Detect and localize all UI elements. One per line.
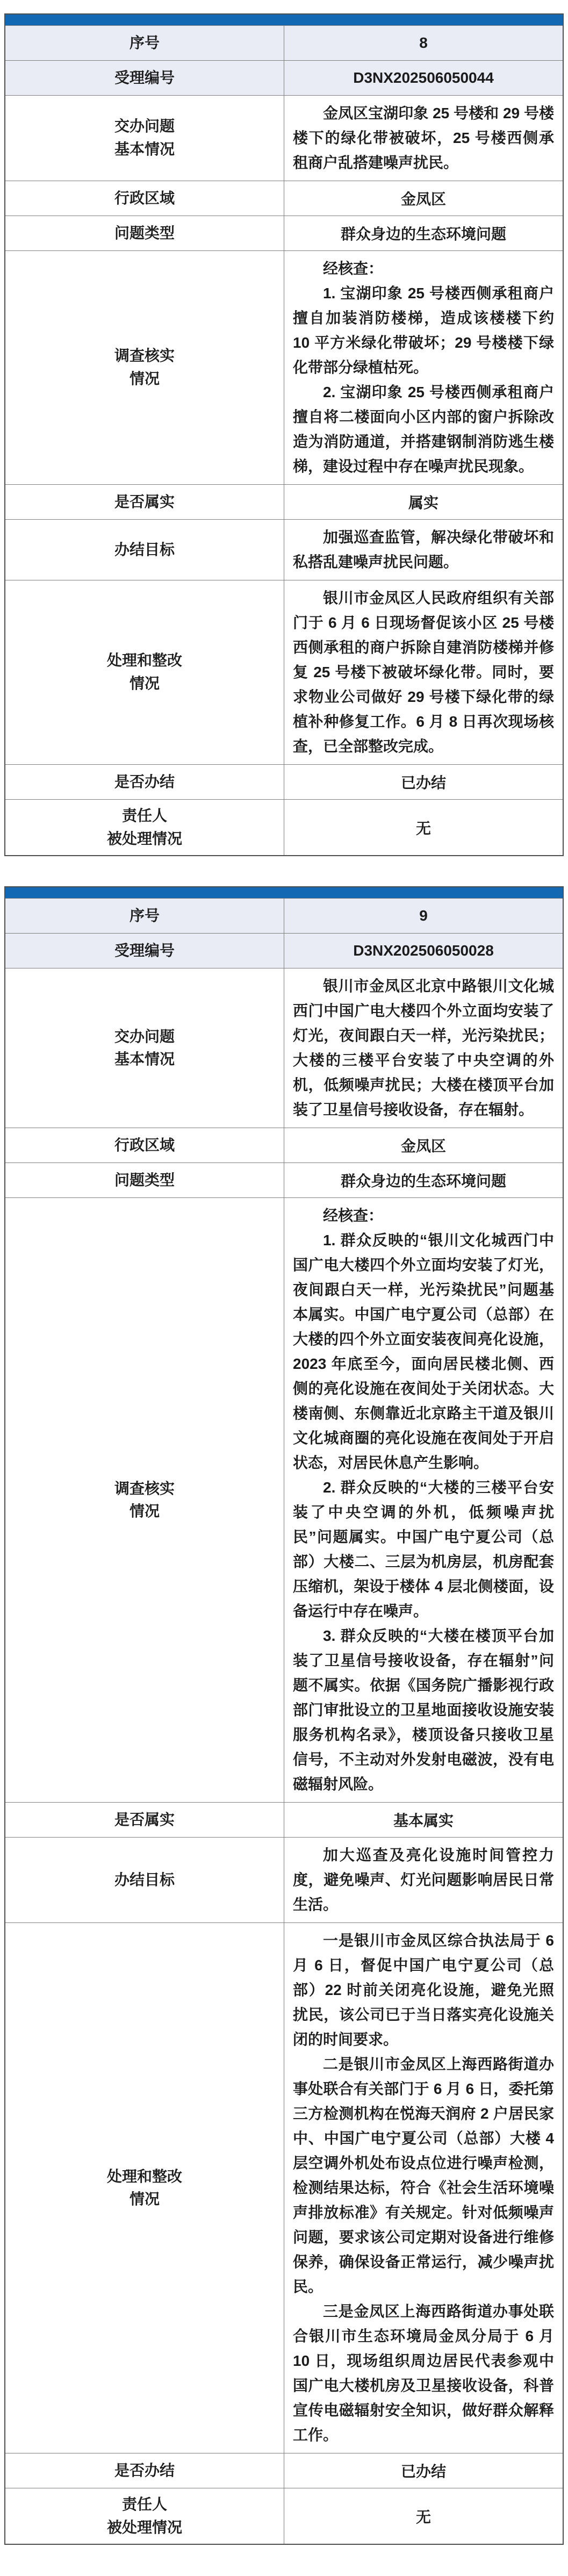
row-label-case_no: 受理编号: [5, 934, 284, 968]
row-value-problem: 金凤区宝湖印象 25 号楼和 29 号楼楼下的绿化带被破坏，25 号楼西侧承租商…: [284, 96, 564, 181]
row-label-region: 行政区域: [5, 181, 284, 216]
row-value-serial: 9: [284, 899, 564, 934]
row-label-closed: 是否办结: [5, 765, 284, 800]
row-value-goal: 加大巡查及亮化设施时间管控力度，避免噪声、灯光问题影响居民日常生活。: [284, 1838, 564, 1923]
paragraph: 2. 宝湖印象 25 号楼西侧承租商户擅自将二楼面向小区内部的窗户拆除改造为消防…: [293, 380, 554, 479]
table-row-problem: 交办问题 基本情况金凤区宝湖印象 25 号楼和 29 号楼楼下的绿化带被破坏，2…: [5, 96, 563, 181]
paragraph: 银川市金凤区人民政府组织有关部门于 6 月 6 日现场督促该小区 25 号楼西侧…: [293, 586, 554, 759]
row-value-verified: 基本属实: [284, 1803, 564, 1838]
paragraph: 3. 群众反映的“大楼在楼顶平台加装了卫星信号接收设备，存在辐射”问题不属实。依…: [293, 1624, 554, 1797]
table-row-closed: 是否办结已办结: [5, 765, 563, 800]
row-value-accountability: 无: [284, 800, 564, 856]
row-label-investigation: 调查核实 情况: [5, 251, 284, 485]
row-value-investigation: 经核查：1. 宝湖印象 25 号楼西侧承租商户擅自加装消防楼梯，造成该楼楼下约 …: [284, 251, 564, 485]
row-label-closed: 是否办结: [5, 2453, 284, 2488]
row-label-accountability: 责任人 被处理情况: [5, 2488, 284, 2545]
table-row-case_no: 受理编号D3NX202506050028: [5, 934, 563, 968]
table-header-bar-row: [5, 14, 563, 26]
case-record-table: 序号9受理编号D3NX202506050028交办问题 基本情况银川市金凤区北京…: [4, 886, 564, 2545]
table-row-type: 问题类型群众身边的生态环境问题: [5, 1163, 563, 1198]
row-value-problem: 银川市金凤区北京中路银川文化城西门中国广电大楼四个外立面均安装了灯光，夜间跟白天…: [284, 968, 564, 1128]
row-value-closed: 已办结: [284, 2453, 564, 2488]
row-value-goal: 加强巡查监管，解决绿化带破坏和私搭乱建噪声扰民问题。: [284, 520, 564, 580]
table-row-accountability: 责任人 被处理情况无: [5, 800, 563, 856]
table-row-problem: 交办问题 基本情况银川市金凤区北京中路银川文化城西门中国广电大楼四个外立面均安装…: [5, 968, 563, 1128]
row-value-handling: 银川市金凤区人民政府组织有关部门于 6 月 6 日现场督促该小区 25 号楼西侧…: [284, 580, 564, 765]
paragraph: 三是金凤区上海西路街道办事处联合银川市生态环境局金凤分局于 6 月 10 日，现…: [293, 2299, 554, 2448]
row-label-case_no: 受理编号: [5, 61, 284, 96]
table-row-serial: 序号8: [5, 26, 563, 61]
paragraph: 银川市金凤区北京中路银川文化城西门中国广电大楼四个外立面均安装了灯光，夜间跟白天…: [293, 974, 554, 1122]
case-record-table: 序号8受理编号D3NX202506050044交办问题 基本情况金凤区宝湖印象 …: [4, 13, 564, 856]
row-value-closed: 已办结: [284, 765, 564, 800]
table-row-serial: 序号9: [5, 899, 563, 934]
row-value-region: 金凤区: [284, 181, 564, 216]
table-header-bar-row: [5, 887, 563, 899]
row-label-serial: 序号: [5, 26, 284, 61]
row-value-type: 群众身边的生态环境问题: [284, 1163, 564, 1198]
row-label-investigation: 调查核实 情况: [5, 1198, 284, 1803]
table-row-handling: 处理和整改 情况银川市金凤区人民政府组织有关部门于 6 月 6 日现场督促该小区…: [5, 580, 563, 765]
row-label-problem: 交办问题 基本情况: [5, 968, 284, 1128]
table-row-region: 行政区域金凤区: [5, 181, 563, 216]
table-row-verified: 是否属实属实: [5, 485, 563, 520]
table-row-investigation: 调查核实 情况经核查：1. 宝湖印象 25 号楼西侧承租商户擅自加装消防楼梯，造…: [5, 251, 563, 485]
row-label-goal: 办结目标: [5, 1838, 284, 1923]
row-value-investigation: 经核查：1. 群众反映的“银川文化城西门中国广电大楼四个外立面均安装了灯光，夜间…: [284, 1198, 564, 1803]
paragraph: 一是银川市金凤区综合执法局于 6 月 6 日，督促中国广电宁夏公司（总部）22 …: [293, 1928, 554, 2052]
paragraph: 金凤区宝湖印象 25 号楼和 29 号楼楼下的绿化带被破坏，25 号楼西侧承租商…: [293, 101, 554, 175]
table-row-type: 问题类型群众身边的生态环境问题: [5, 216, 563, 251]
table-row-investigation: 调查核实 情况经核查：1. 群众反映的“银川文化城西门中国广电大楼四个外立面均安…: [5, 1198, 563, 1803]
row-value-case_no: D3NX202506050044: [284, 61, 564, 96]
row-value-serial: 8: [284, 26, 564, 61]
paragraph: 经核查：: [293, 1203, 554, 1228]
row-value-region: 金凤区: [284, 1128, 564, 1163]
page: 序号8受理编号D3NX202506050044交办问题 基本情况金凤区宝湖印象 …: [0, 0, 568, 2576]
paragraph: 加强巡查监管，解决绿化带破坏和私搭乱建噪声扰民问题。: [293, 525, 554, 575]
row-label-serial: 序号: [5, 899, 284, 934]
table-row-goal: 办结目标加强巡查监管，解决绿化带破坏和私搭乱建噪声扰民问题。: [5, 520, 563, 580]
table-row-goal: 办结目标加大巡查及亮化设施时间管控力度，避免噪声、灯光问题影响居民日常生活。: [5, 1838, 563, 1923]
table-row-case_no: 受理编号D3NX202506050044: [5, 61, 563, 96]
table-row-handling: 处理和整改 情况一是银川市金凤区综合执法局于 6 月 6 日，督促中国广电宁夏公…: [5, 1923, 563, 2453]
row-label-handling: 处理和整改 情况: [5, 580, 284, 765]
table-row-verified: 是否属实基本属实: [5, 1803, 563, 1838]
paragraph: 加大巡查及亮化设施时间管控力度，避免噪声、灯光问题影响居民日常生活。: [293, 1843, 554, 1917]
row-label-region: 行政区域: [5, 1128, 284, 1163]
row-value-type: 群众身边的生态环境问题: [284, 216, 564, 251]
row-label-goal: 办结目标: [5, 520, 284, 580]
row-label-verified: 是否属实: [5, 485, 284, 520]
row-value-handling: 一是银川市金凤区综合执法局于 6 月 6 日，督促中国广电宁夏公司（总部）22 …: [284, 1923, 564, 2453]
row-label-type: 问题类型: [5, 1163, 284, 1198]
table-header-bar: [5, 887, 563, 899]
row-label-type: 问题类型: [5, 216, 284, 251]
row-label-accountability: 责任人 被处理情况: [5, 800, 284, 856]
paragraph: 二是银川市金凤区上海西路街道办事处联合有关部门于 6 月 6 日，委托第三方检测…: [293, 2052, 554, 2299]
paragraph: 1. 宝湖印象 25 号楼西侧承租商户擅自加装消防楼梯，造成该楼楼下约 10 平…: [293, 281, 554, 380]
row-value-case_no: D3NX202506050028: [284, 934, 564, 968]
table-row-accountability: 责任人 被处理情况无: [5, 2488, 563, 2545]
row-label-verified: 是否属实: [5, 1803, 284, 1838]
table-row-region: 行政区域金凤区: [5, 1128, 563, 1163]
paragraph: 2. 群众反映的“大楼的三楼平台安装了中央空调的外机，低频噪声扰民”问题属实。中…: [293, 1475, 554, 1624]
table-row-closed: 是否办结已办结: [5, 2453, 563, 2488]
row-label-handling: 处理和整改 情况: [5, 1923, 284, 2453]
row-value-verified: 属实: [284, 485, 564, 520]
paragraph: 经核查：: [293, 256, 554, 281]
row-label-problem: 交办问题 基本情况: [5, 96, 284, 181]
row-value-accountability: 无: [284, 2488, 564, 2545]
paragraph: 1. 群众反映的“银川文化城西门中国广电大楼四个外立面均安装了灯光，夜间跟白天一…: [293, 1228, 554, 1475]
table-header-bar: [5, 14, 563, 26]
